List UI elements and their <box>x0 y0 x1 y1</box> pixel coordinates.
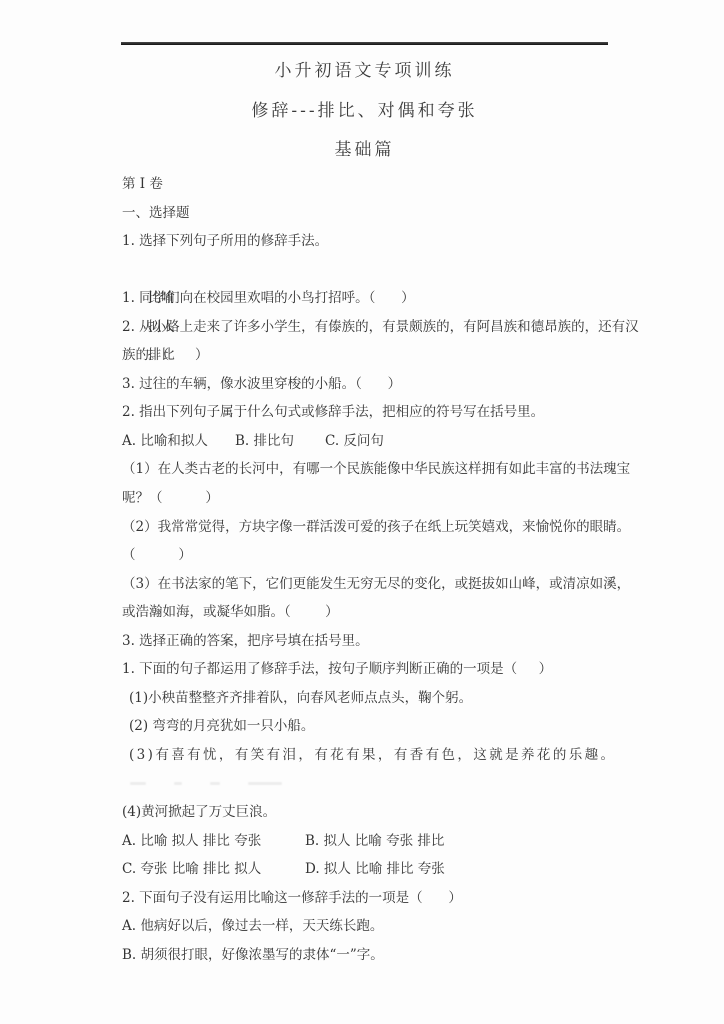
option-a: A. 比喻 拟人 排比 夸张 <box>122 827 305 856</box>
question-1-item: 1. 同学们向在校园里欢唱的小鸟打招呼。（ ） <box>122 284 609 313</box>
question-2-option-row: A. 比喻和拟人 B. 排比句 C. 反问句 <box>122 427 609 456</box>
doc-section-title: 基础篇 <box>121 131 608 171</box>
question-3-sub1-option-row: C. 夸张 比喻 排比 拟人 D. 拟人 比喻 排比 夸张 <box>122 855 609 884</box>
question-1-item: 2. 从小路上走来了许多小学生，有傣族的，有景颇族的，有阿昌族和德昂族的，还有汉 <box>122 313 609 342</box>
question-2-item: （1）在人类古老的长河中，有哪一个民族能像中华民族这样拥有如此丰富的书法瑰宝 <box>122 455 609 484</box>
document-page: 小升初语文专项训练 修辞---排比、对偶和夸张 基础篇 第 I 卷 一、选择题 … <box>0 0 724 1024</box>
question-2-item-wrap: 呢？（ ） <box>122 484 609 513</box>
doc-title: 小升初语文专项训练 <box>121 52 608 92</box>
volume-label: 第 I 卷 <box>122 170 609 199</box>
question-3-sub2-option: A. 他病好以后，像过去一样，天天练长跑。 <box>122 912 609 941</box>
question-1-stem: 1. 选择下列句子所用的修辞手法。 <box>122 227 609 256</box>
option-b: B. 排比句 <box>235 427 325 456</box>
question-1-item: 3. 过往的车辆，像水波里穿梭的小船。（ ） <box>122 370 609 399</box>
document-body: 第 I 卷 一、选择题 1. 选择下列句子所用的修辞手法。 比喻 拟人 排比 1… <box>122 170 609 969</box>
faded-mark <box>130 782 146 785</box>
question-2-item-wrap: 或浩瀚如海，或凝华如脂。（ ） <box>122 598 609 627</box>
question-1-word-bank: 比喻 拟人 排比 <box>122 256 609 285</box>
faded-mark <box>174 782 182 785</box>
option-b: B. 拟人 比喻 夸张 排比 <box>305 827 444 856</box>
question-3-sub1-item: (3)有喜有忧，有笑有泪，有花有果，有香有色，这就是养花的乐趣。 <box>122 741 609 770</box>
doc-subtitle: 修辞---排比、对偶和夸张 <box>121 92 608 132</box>
question-2-item: （3）在书法家的笔下，它们更能发生无穷无尽的变化，或挺拔如山峰，或清凉如溪， <box>122 570 609 599</box>
question-3-sub2-stem: 2. 下面句子没有运用比喻这一修辞手法的一项是（ ） <box>122 884 609 913</box>
faded-print-artifact <box>122 769 609 798</box>
question-3-sub2-option: B. 胡须很打眼，好像浓墨写的隶体“一”字。 <box>122 941 609 970</box>
option-c: C. 夸张 比喻 排比 拟人 <box>122 855 305 884</box>
section-heading: 一、选择题 <box>122 199 609 228</box>
question-3-sub1-stem: 1. 下面的句子都运用了修辞手法，按句子顺序判断正确的一项是（ ） <box>122 655 609 684</box>
question-3-stem: 3. 选择正确的答案，把序号填在括号里。 <box>122 627 609 656</box>
header-rule <box>121 42 608 45</box>
option-c: C. 反问句 <box>325 427 384 456</box>
question-3-sub1-item: (4)黄河掀起了万丈巨浪。 <box>122 798 609 827</box>
question-1-item-wrap: 族的。（ ） <box>122 341 609 370</box>
option-a: A. 比喻和拟人 <box>122 427 235 456</box>
question-3-sub1-item: (2) 弯弯的月亮犹如一只小船。 <box>122 712 609 741</box>
title-block: 小升初语文专项训练 修辞---排比、对偶和夸张 基础篇 <box>121 52 608 171</box>
question-3-sub1-item: (1)小秧苗整整齐齐排着队，向春风老师点点头，鞠个躬。 <box>122 684 609 713</box>
question-2-item-wrap: （ ） <box>122 541 609 570</box>
faded-mark <box>248 782 282 785</box>
faded-mark <box>210 782 220 785</box>
question-2-stem: 2. 指出下列句子属于什么句式或修辞手法，把相应的符号写在括号里。 <box>122 398 609 427</box>
question-3-sub1-option-row: A. 比喻 拟人 排比 夸张 B. 拟人 比喻 夸张 排比 <box>122 827 609 856</box>
option-d: D. 拟人 比喻 排比 夸张 <box>305 855 445 884</box>
question-2-item: （2）我常常觉得，方块字像一群活泼可爱的孩子在纸上玩笑嬉戏，来愉悦你的眼睛。 <box>122 513 609 542</box>
